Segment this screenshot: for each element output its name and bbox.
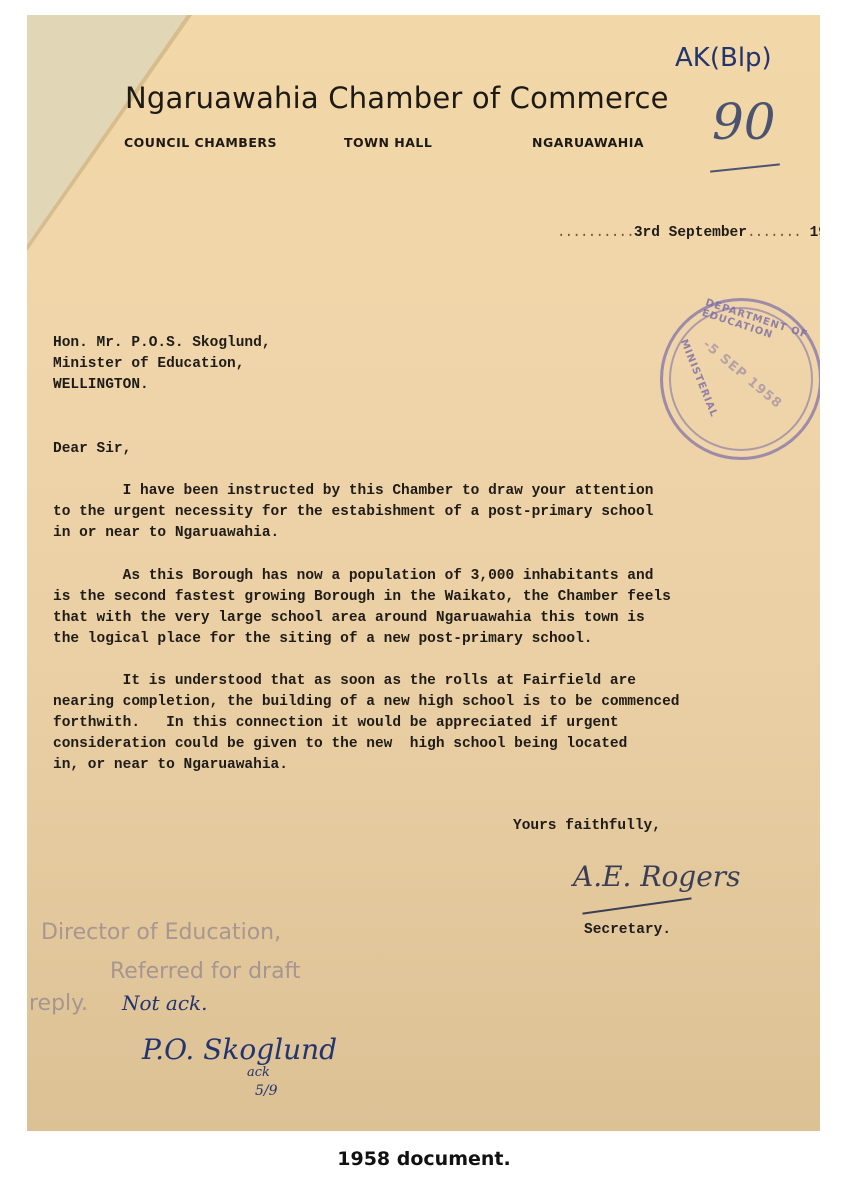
date-day-month: 3rd September [634, 225, 747, 241]
recipient-title: Minister of Education, [53, 354, 271, 375]
secretary-title: Secretary. [584, 920, 671, 941]
paragraph-3-line: nearing completion, the building of a ne… [53, 692, 680, 713]
letterhead-title: Ngaruawahia Chamber of Commerce [125, 81, 669, 115]
minister-note: Not ack. [122, 991, 208, 1015]
document-photo: Ngaruawahia Chamber of Commerce COUNCIL … [27, 15, 820, 1131]
valediction: Yours faithfully, [513, 816, 661, 837]
letterhead-address-center: TOWN HALL [344, 135, 432, 150]
referral-stamp-line-1: Director of Education, [41, 920, 281, 945]
letterhead-address-left: COUNCIL CHAMBERS [124, 135, 277, 150]
paragraph-1-line: to the urgent necessity for the estabish… [53, 502, 653, 523]
letterhead-address-right: NGARUAWAHIA [532, 135, 644, 150]
referral-stamp-line-3: reply. [29, 991, 88, 1016]
minister-initials: ack [247, 1065, 270, 1080]
secretary-signature: A.E. Rogers [573, 860, 741, 893]
recipient-name: Hon. Mr. P.O.S. Skoglund, [53, 333, 271, 354]
minister-signature: P.O. Skoglund [142, 1033, 337, 1066]
salutation: Dear Sir, [53, 439, 131, 460]
signature-underline [582, 897, 691, 914]
recipient-city: WELLINGTON. [53, 375, 271, 396]
department-stamp: DEPARTMENT OF EDUCATION MINISTERIAL -5 S… [660, 298, 820, 460]
recipient-block: Hon. Mr. P.O.S. Skoglund,Minister of Edu… [53, 333, 271, 396]
minister-note-date: 5/9 [255, 1083, 278, 1099]
paragraph-3-line: It is understood that as soon as the rol… [53, 671, 680, 692]
date-dots: .......... [557, 225, 634, 241]
paragraph-3: It is understood that as soon as the rol… [53, 671, 680, 776]
handwritten-file-ref: AK(Blp) [675, 43, 772, 73]
paragraph-1-line: in or near to Ngaruawahia. [53, 523, 653, 544]
date-dots: ....... [747, 225, 801, 241]
figure-caption: 1958 document. [0, 1148, 848, 1170]
paragraph-2: As this Borough has now a population of … [53, 566, 671, 650]
paragraph-1: I have been instructed by this Chamber t… [53, 481, 653, 544]
letter-date: ..........3rd September....... 19 58. [522, 209, 820, 257]
date-year-prefix: 19 [810, 225, 820, 241]
paragraph-3-line: consideration could be given to the new … [53, 734, 680, 755]
referral-stamp-line-2: Referred for draft [110, 959, 301, 984]
paragraph-2-line: the logical place for the siting of a ne… [53, 629, 671, 650]
paragraph-2-line: that with the very large school area aro… [53, 608, 671, 629]
paragraph-1-line: I have been instructed by this Chamber t… [53, 481, 653, 502]
folded-corner [27, 15, 187, 245]
paragraph-2-line: is the second fastest growing Borough in… [53, 587, 671, 608]
handwritten-file-number: 90 [712, 93, 776, 151]
paragraph-2-line: As this Borough has now a population of … [53, 566, 671, 587]
paragraph-3-line: forthwith. In this connection it would b… [53, 713, 680, 734]
paragraph-3-line: in, or near to Ngaruawahia. [53, 755, 680, 776]
file-number-underline [710, 163, 780, 172]
